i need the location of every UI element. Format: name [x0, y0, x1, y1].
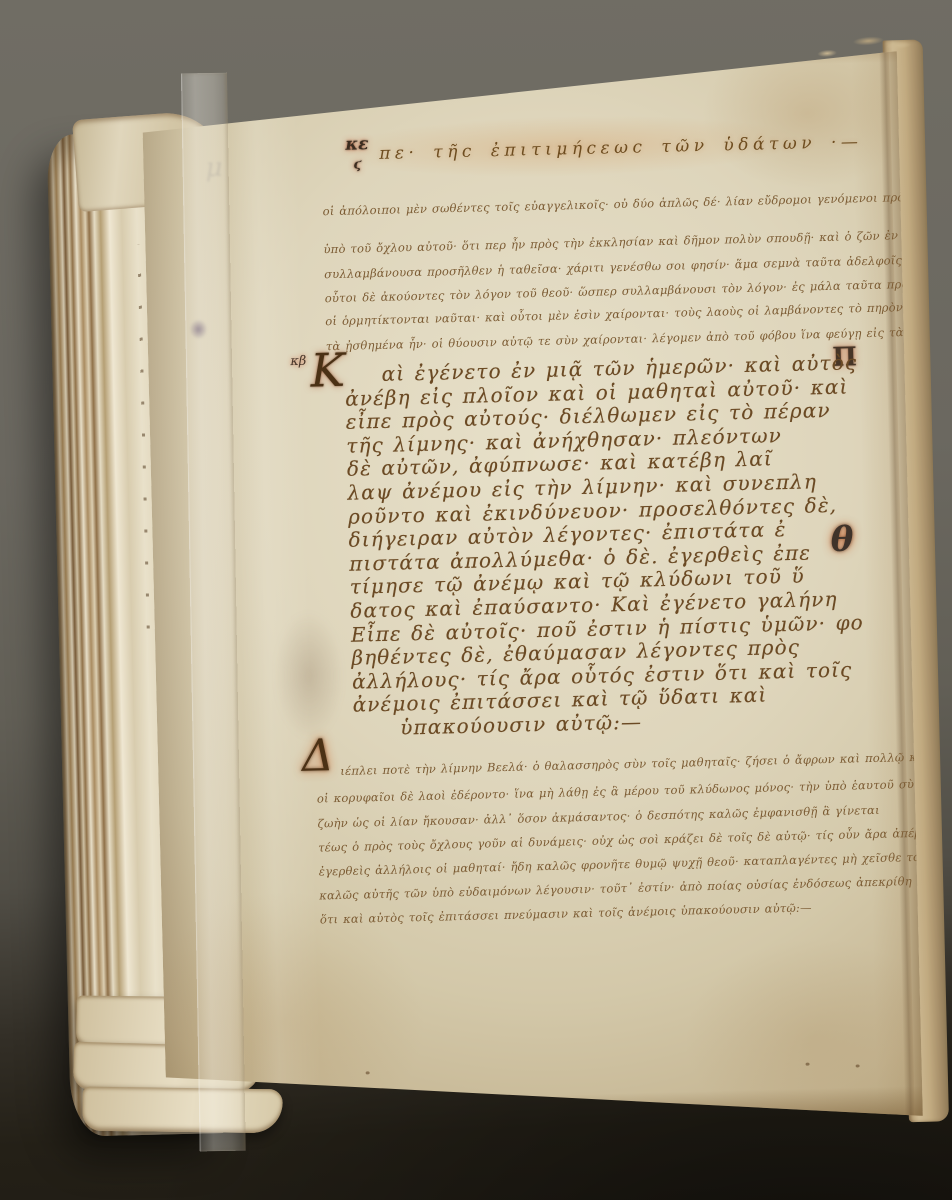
photograph-of-greek-gospel-manuscript: { "scene": { "description": "Photograph …	[0, 0, 952, 1200]
scholia-line: οἱ ἀπόλοιποι μὲν σωθέντες τοῖς εὐαγγελικ…	[322, 188, 952, 218]
ink-speck	[806, 1063, 810, 1066]
ink-speck	[856, 1064, 860, 1067]
scholia-line: τὰ ᾐσθημένα ἦν· οἱ θύουσιν αὐτῷ τε σὺν χ…	[326, 323, 952, 353]
scholia-line: ιέπλει ποτὲ τὴν λίμνην Βεελά· ὁ θαλασσηρ…	[316, 749, 952, 779]
margin-chapter-number: κβ	[290, 355, 306, 368]
chapter-flourish: ϛ	[337, 157, 377, 173]
scholia-line: συλλαμβάνουσα προσῆλθεν ἡ ταθεῖσα· χάριτ…	[324, 251, 952, 281]
scholia-line: ζωὴν ὡς οἱ λίαν ἤκουσαν· ἀλλ᾽ ὅσον ἀκμάσ…	[317, 801, 952, 831]
chapter-number: κε	[345, 134, 369, 155]
manuscript-page: μ κε ϛ πε· τῆϲ ἐπιτιμήϲεωϲ τῶν ὑδάτων ·—…	[141, 36, 923, 1134]
scholia-line: ἐγερθεὶς ἀλλήλοις οἱ μαθηταί· ἤδη καλῶς …	[319, 849, 952, 879]
scholia-line: οἱ κορυφαῖοι δὲ λαοὶ ἐδέροντο· ἵνα μὴ λά…	[317, 776, 952, 806]
scholia-line: ὑπὸ τοῦ ὄχλου αὐτοῦ· ὅτι περ ἦν πρὸς τὴν…	[323, 226, 952, 256]
scholia-line: καλῶς αὐτῆς τῶν ὑπὸ εὐδαιμόνων λέγουσιν·…	[319, 873, 952, 903]
open-codex: μ κε ϛ πε· τῆϲ ἐπιτιμήϲεωϲ τῶν ὑδάτων ·—…	[45, 29, 952, 1158]
scholia-line: ὅτι καὶ αὐτὸς τοῖς ἐπιτάσσει πνεύμασιν κ…	[320, 897, 952, 927]
scholia-line: τέως ὁ πρὸς τοὺς ὄχλους γοῦν αἱ δυνάμεις…	[318, 825, 952, 855]
decorated-initial-kappa: Κ	[310, 350, 345, 391]
ink-speck	[366, 1071, 370, 1074]
upper-commentary-block: οἱ ἀπόλοιποι μὲν σωθέντες τοῖς εὐαγγελικ…	[322, 184, 952, 353]
chapter-number-rubric: κε ϛ	[337, 137, 378, 173]
kephalaion-title: πε· τῆϲ ἐπιτιμήϲεωϲ τῶν ὑδάτων ·—	[379, 131, 863, 165]
lower-commentary-block: ιέπλει ποτὲ τὴν λίμνην Βεελά· ὁ θαλασσηρ…	[316, 747, 952, 927]
previous-leaf-corner	[82, 1087, 283, 1134]
gospel-text-block: αὶ ἐγένετο ἐν μιᾷ τῶν ἡμερῶν· καὶ αὐτὸς …	[344, 351, 866, 741]
